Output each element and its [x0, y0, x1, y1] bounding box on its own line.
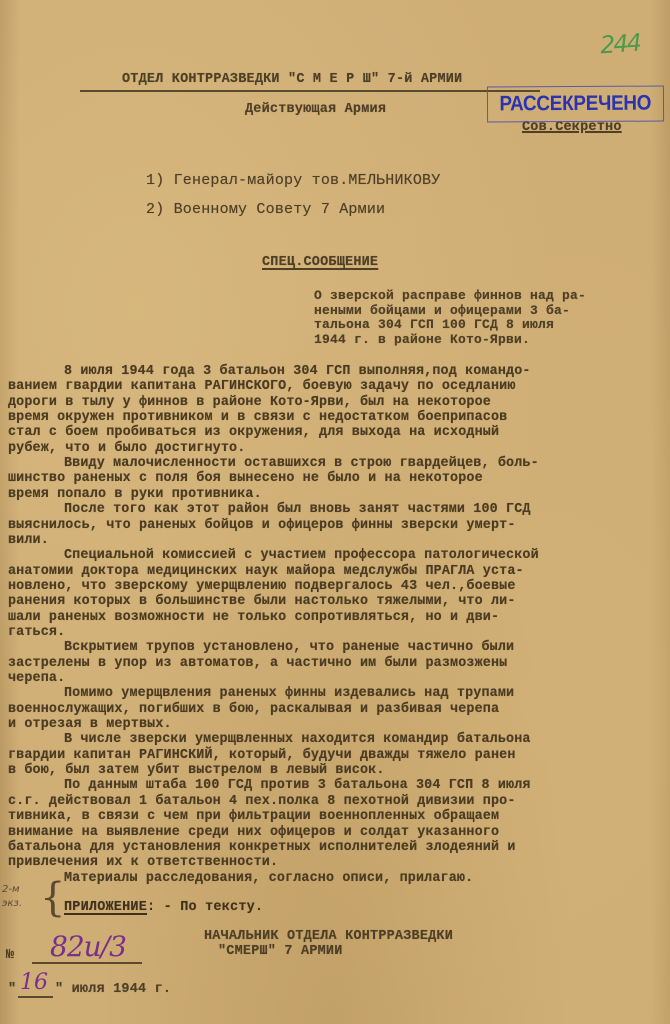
signatory-title: НАЧАЛЬНИК ОТДЕЛА КОНТРРАЗВЕДКИ: [204, 929, 453, 944]
body-line: После того как этот район был вновь заня…: [64, 502, 531, 517]
body-line: с.г. действовал 1 батальон 4 пех.полка 8…: [8, 794, 516, 809]
registration-number: 82и/3: [50, 930, 126, 963]
date-month-year: " июля 1944 г.: [55, 982, 171, 997]
body-line: По данным штаба 100 ГСД против 3 батальо…: [64, 778, 531, 793]
body-line: шинство раненых с поля боя вынесено не б…: [8, 471, 483, 486]
body-line: ранения которых в большинстве были насто…: [8, 594, 516, 609]
body-line: 8 июля 1944 года 3 батальон 304 ГСП выпо…: [64, 364, 531, 379]
subject-line: тальона 304 ГСП 100 ГСД 8 июля: [314, 317, 554, 332]
attachment-label: ПРИЛОЖЕНИЕ: [64, 900, 147, 915]
body-line: Вскрытием трупов установлено, что ранены…: [64, 640, 514, 655]
body-line: Помимо умерщвления раненых финны издевал…: [64, 686, 514, 701]
body-line: В числе зверски умерщвленных находится к…: [64, 732, 531, 747]
declassified-stamp: РАССЕКРЕЧЕНО: [487, 86, 664, 123]
body-line: время попало в руки противника.: [8, 487, 262, 502]
subject-line: О зверской расправе финнов над ра-: [314, 288, 586, 303]
body-line: Ввиду малочисленности оставшихся в строю…: [64, 456, 539, 471]
body-line: батальона для установления конкретных ис…: [8, 840, 516, 855]
body-line: дороги в тылу у финнов в районе Кото-Ярв…: [8, 395, 491, 410]
margin-note-line: 2-м: [2, 883, 22, 897]
body-line: Специальной комиссией с участием професс…: [64, 548, 539, 563]
body-line: новлено, что зверскому умерщвлению подве…: [8, 579, 516, 594]
body-line: гвардии капитан РАГИНСКИЙ, который, буду…: [8, 748, 516, 763]
body-line: застрелены в упор из автоматов, а частич…: [8, 656, 507, 671]
body-line: стал с боем пробиваться из окружения, дл…: [8, 425, 499, 440]
margin-note: 2-м экз.: [2, 883, 22, 911]
body-line: рубеж, что и было достигнуто.: [8, 441, 245, 456]
classification-label: Сов.Секретно: [522, 120, 622, 135]
margin-note-line: экз.: [2, 897, 22, 911]
body-line: время окружен противником и в связи с не…: [8, 410, 507, 425]
body-line: вили.: [8, 533, 49, 548]
document-type-title: СПЕЦ.СООБЩЕНИЕ: [262, 255, 378, 270]
header-army: Действующая Армия: [245, 102, 386, 117]
body-line: и отрезая в мертвых.: [8, 717, 172, 732]
subject-line: 1944 г. в районе Кото-Ярви.: [314, 332, 530, 347]
date-underline: [18, 996, 53, 998]
body-line: гаться.: [8, 625, 65, 640]
body-line: шали раненых возможности не только сопро…: [8, 610, 499, 625]
date-day: 16: [20, 970, 48, 995]
body-line: тивника, в связи с чем при фильтрации во…: [8, 809, 499, 824]
body-line: ванием гвардии капитана РАГИНСКОГО, боев…: [8, 379, 516, 394]
signatory-unit: "СМЕРШ" 7 АРМИИ: [218, 944, 343, 959]
body-line: анатомии доктора медицинских наук майора…: [8, 564, 524, 579]
archive-page-number: 244: [599, 29, 641, 60]
handwritten-brace-icon: {: [40, 878, 65, 918]
addressee-1: 1) Генерал-майору тов.МЕЛЬНИКОВУ: [146, 172, 440, 189]
addressee-2: 2) Военному Совету 7 Армии: [146, 201, 385, 218]
attachment-value: : - По тексту.: [147, 900, 263, 915]
header-department: ОТДЕЛ КОНТРРАЗВЕДКИ "С М Е Р Ш" 7-й АРМИ…: [122, 72, 462, 87]
registration-underline: [32, 962, 142, 964]
date-open-quote: ": [8, 982, 16, 997]
body-line: черепа.: [8, 671, 65, 686]
attachment-line: ПРИЛОЖЕНИЕ: - По тексту.: [64, 900, 263, 915]
archival-document-page: 244 ОТДЕЛ КОНТРРАЗВЕДКИ "С М Е Р Ш" 7-й …: [0, 0, 670, 1024]
body-line: в бою, был затем убит выстрелом в левый …: [8, 763, 385, 778]
body-line: Материалы расследования, согласно описи,…: [64, 871, 473, 886]
body-line: военнослужащих, погибших в бою, раскалыв…: [8, 702, 499, 717]
registration-prefix: №: [6, 948, 14, 963]
body-line: внимание на выявление среди них офицеров…: [8, 825, 499, 840]
declassified-stamp-text: РАССЕКРЕЧЕНО: [500, 92, 652, 117]
subject-line: неными бойцами и офицерами 3 ба-: [314, 303, 570, 318]
header-underline: [80, 90, 540, 92]
body-line: привлечения их к ответственности.: [8, 855, 278, 870]
body-line: выяснилось, что раненых бойцов и офицеро…: [8, 518, 516, 533]
